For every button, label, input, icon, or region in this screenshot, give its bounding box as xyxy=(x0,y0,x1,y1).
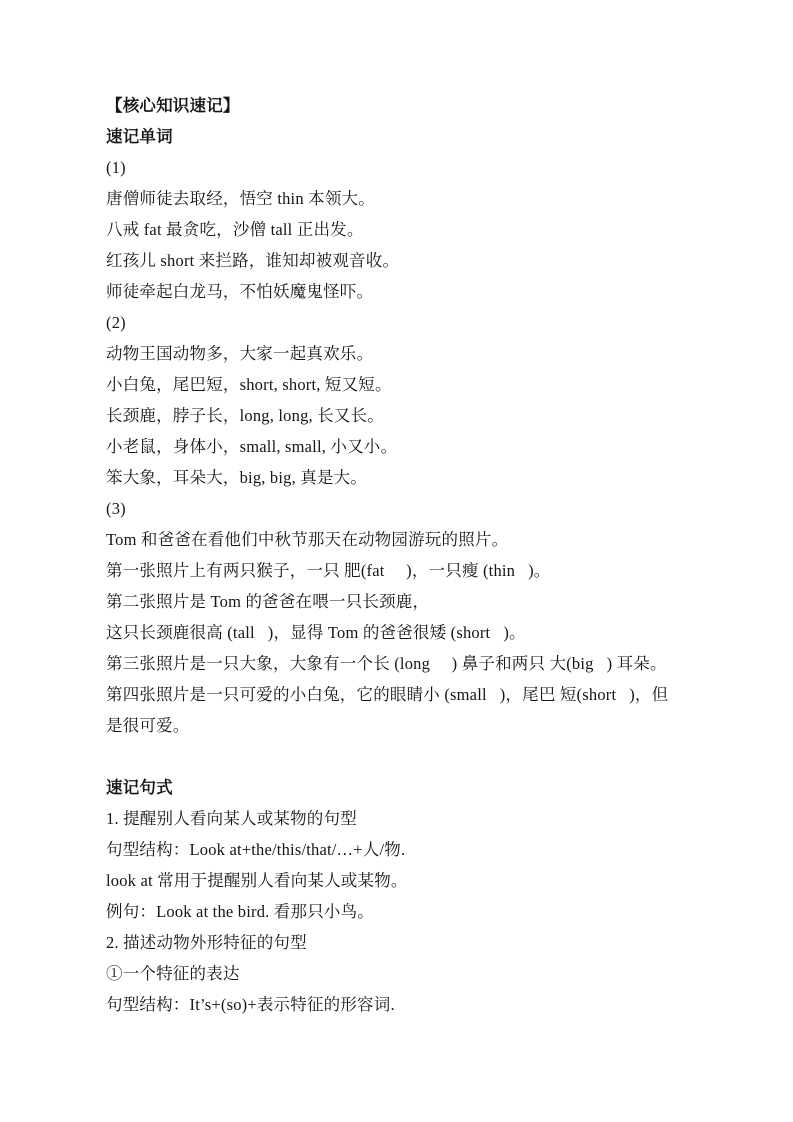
text-line: 例句：Look at the bird. 看那只小鸟。 xyxy=(106,896,706,927)
text-line: look at 常用于提醒别人看向某人或某物。 xyxy=(106,865,706,896)
text-line: ①一个特征的表达 xyxy=(106,958,706,989)
text-line: 第一张照片上有两只猴子，一只 肥(fat )，一只瘦 (thin )。 xyxy=(106,555,706,586)
text-line: 是很可爱。 xyxy=(106,710,706,741)
text-line: 八戒 fat 最贪吃，沙僧 tall 正出发。 xyxy=(106,214,706,245)
document-body: 【核心知识速记】速记单词(1)唐僧师徒去取经，悟空 thin 本领大。八戒 fa… xyxy=(106,90,706,1020)
text-line: 2. 描述动物外形特征的句型 xyxy=(106,927,706,958)
text-line: 速记单词 xyxy=(106,121,706,152)
text-line: 唐僧师徒去取经，悟空 thin 本领大。 xyxy=(106,183,706,214)
text-line: 长颈鹿，脖子长，long, long, 长又长。 xyxy=(106,400,706,431)
text-line: (3) xyxy=(106,493,706,524)
blank-line xyxy=(106,741,706,772)
text-line: 这只长颈鹿很高 (tall )，显得 Tom 的爸爸很矮 (short )。 xyxy=(106,617,706,648)
text-line: 速记句式 xyxy=(106,772,706,803)
text-line: 红孩儿 short 来拦路，谁知却被观音收。 xyxy=(106,245,706,276)
text-line: (1) xyxy=(106,152,706,183)
text-line: 第二张照片是 Tom 的爸爸在喂一只长颈鹿， xyxy=(106,586,706,617)
text-line: Tom 和爸爸在看他们中秋节那天在动物园游玩的照片。 xyxy=(106,524,706,555)
document-page: 【核心知识速记】速记单词(1)唐僧师徒去取经，悟空 thin 本领大。八戒 fa… xyxy=(0,0,793,1122)
text-line: (2) xyxy=(106,307,706,338)
text-line: 句型结构：It’s+(so)+表示特征的形容词. xyxy=(106,989,706,1020)
text-line: 第四张照片是一只可爱的小白兔，它的眼睛小 (small )，尾巴 短(short… xyxy=(106,679,706,710)
text-line: 动物王国动物多，大家一起真欢乐。 xyxy=(106,338,706,369)
text-line: 第三张照片是一只大象，大象有一个长 (long ) 鼻子和两只 大(big ) … xyxy=(106,648,706,679)
text-line: 师徒牵起白龙马，不怕妖魔鬼怪吓。 xyxy=(106,276,706,307)
text-line: 小老鼠，身体小，small, small, 小又小。 xyxy=(106,431,706,462)
text-line: 【核心知识速记】 xyxy=(106,90,706,121)
text-line: 1. 提醒别人看向某人或某物的句型 xyxy=(106,803,706,834)
text-line: 笨大象，耳朵大，big, big, 真是大。 xyxy=(106,462,706,493)
text-line: 句型结构：Look at+the/this/that/…+人/物. xyxy=(106,834,706,865)
text-line: 小白兔，尾巴短，short, short, 短又短。 xyxy=(106,369,706,400)
